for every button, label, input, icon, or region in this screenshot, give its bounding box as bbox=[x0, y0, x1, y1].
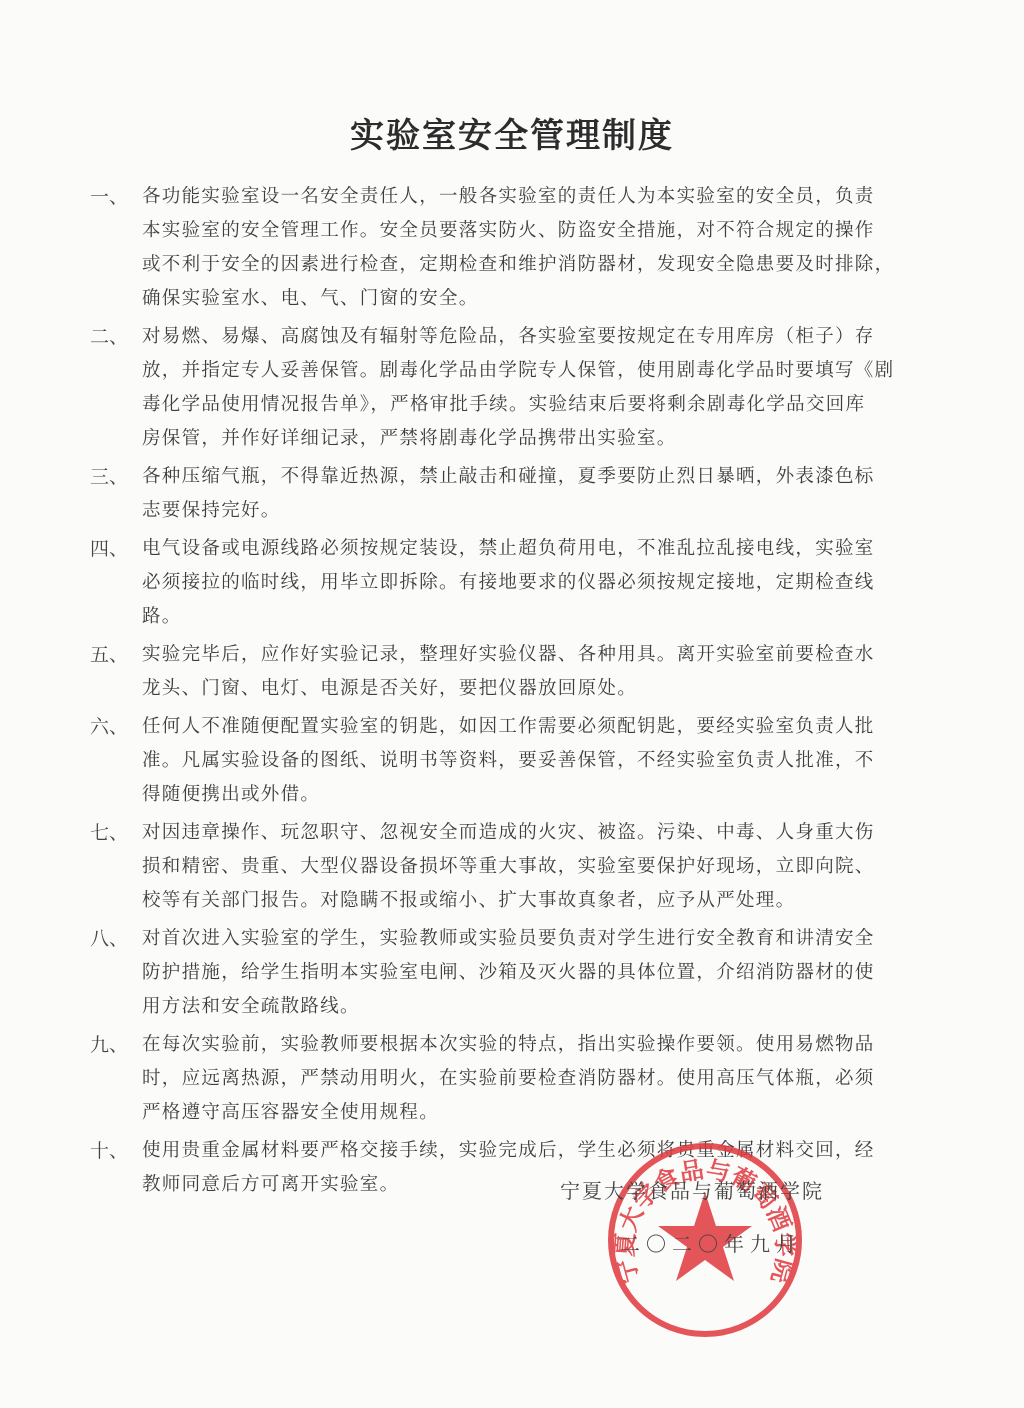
regulation-item-7: 七、 对因违章操作、玩忽职守、忽视安全而造成的火灾、被盗。污染、中毒、人身重大伤… bbox=[90, 816, 890, 918]
item-number: 四、 bbox=[90, 532, 128, 566]
item-line: 对易燃、易爆、高腐蚀及有辐射等危险品，各实验室要按规定在专用库房（柜子）存 bbox=[142, 320, 890, 354]
item-number: 八、 bbox=[90, 922, 128, 956]
regulation-list: 一、 各功能实验室设一名安全责任人，一般各实验室的责任人为本实验室的安全员，负责… bbox=[90, 180, 890, 1206]
item-number: 十、 bbox=[90, 1134, 128, 1168]
regulation-item-1: 一、 各功能实验室设一名安全责任人，一般各实验室的责任人为本实验室的安全员，负责… bbox=[90, 180, 890, 316]
issue-date: 二〇二〇年九月 bbox=[620, 1228, 802, 1257]
regulation-item-3: 三、 各种压缩气瓶，不得靠近热源，禁止敲击和碰撞，夏季要防止烈日暴晒，外表漆色标… bbox=[90, 460, 890, 528]
regulation-item-6: 六、 任何人不准随便配置实验室的钥匙，如因工作需要必须配钥匙，要经实验室负责人批… bbox=[90, 710, 890, 812]
item-line: 电气设备或电源线路必须按规定装设，禁止超负荷用电，不准乱拉乱接电线，实验室 bbox=[142, 532, 890, 566]
item-line: 各功能实验室设一名安全责任人，一般各实验室的责任人为本实验室的安全员，负责 bbox=[142, 180, 890, 214]
item-number: 三、 bbox=[90, 460, 128, 494]
item-line: 准。凡属实验设备的图纸、说明书等资料，要妥善保管，不经实验室负责人批准，不 bbox=[142, 744, 890, 778]
item-line: 对因违章操作、玩忽职守、忽视安全而造成的火灾、被盗。污染、中毒、人身重大伤 bbox=[142, 816, 890, 850]
item-line: 对首次进入实验室的学生，实验教师或实验员要负责对学生进行安全教育和讲清安全 bbox=[142, 922, 890, 956]
document-title: 实验室安全管理制度 bbox=[0, 108, 1024, 157]
item-line: 严格遵守高压容器安全使用规程。 bbox=[142, 1096, 890, 1130]
item-line: 实验完毕后，应作好实验记录，整理好实验仪器、各种用具。离开实验室前要检查水 bbox=[142, 638, 890, 672]
item-line: 各种压缩气瓶，不得靠近热源，禁止敲击和碰撞，夏季要防止烈日暴晒，外表漆色标 bbox=[142, 460, 890, 494]
item-number: 七、 bbox=[90, 816, 128, 850]
item-line: 房保管，并作好详细记录，严禁将剧毒化学品携带出实验室。 bbox=[142, 422, 890, 456]
item-line: 任何人不准随便配置实验室的钥匙，如因工作需要必须配钥匙，要经实验室负责人批 bbox=[142, 710, 890, 744]
item-line: 损和精密、贵重、大型仪器设备损坏等重大事故，实验室要保护好现场，立即向院、 bbox=[142, 850, 890, 884]
item-line: 毒化学品使用情况报告单》，严格审批手续。实验结束后要将剩余剧毒化学品交回库 bbox=[142, 388, 890, 422]
item-line: 确保实验室水、电、气、门窗的安全。 bbox=[142, 282, 890, 316]
item-line: 必须接拉的临时线，用毕立即拆除。有接地要求的仪器必须按规定接地，定期检查线 bbox=[142, 566, 890, 600]
item-line: 志要保持完好。 bbox=[142, 494, 890, 528]
item-line: 得随便携出或外借。 bbox=[142, 778, 890, 812]
regulation-item-8: 八、 对首次进入实验室的学生，实验教师或实验员要负责对学生进行安全教育和讲清安全… bbox=[90, 922, 890, 1024]
item-number: 六、 bbox=[90, 710, 128, 744]
item-number: 五、 bbox=[90, 638, 128, 672]
regulation-item-5: 五、 实验完毕后，应作好实验记录，整理好实验仪器、各种用具。离开实验室前要检查水… bbox=[90, 638, 890, 706]
regulation-item-9: 九、 在每次实验前，实验教师要根据本次实验的特点，指出实验操作要领。使用易燃物品… bbox=[90, 1028, 890, 1130]
item-number: 九、 bbox=[90, 1028, 128, 1062]
item-number: 二、 bbox=[90, 320, 128, 354]
item-line: 在每次实验前，实验教师要根据本次实验的特点，指出实验操作要领。使用易燃物品 bbox=[142, 1028, 890, 1062]
item-line: 防护措施，给学生指明本实验室电闸、沙箱及灭火器的具体位置，介绍消防器材的使 bbox=[142, 956, 890, 990]
item-line: 龙头、门窗、电灯、电源是否关好，要把仪器放回原处。 bbox=[142, 672, 890, 706]
item-line: 时，应远离热源，严禁动用明火，在实验前要检查消防器材。使用高压气体瓶，必须 bbox=[142, 1062, 890, 1096]
issuer-signature: 宁夏大学食品与葡萄酒学院 bbox=[560, 1175, 824, 1204]
item-number: 一、 bbox=[90, 180, 128, 214]
item-line: 或不利于安全的因素进行检查，定期检查和维护消防器材，发现安全隐患要及时排除， bbox=[142, 248, 890, 282]
regulation-item-4: 四、 电气设备或电源线路必须按规定装设，禁止超负荷用电，不准乱拉乱接电线，实验室… bbox=[90, 532, 890, 634]
item-line: 路。 bbox=[142, 600, 890, 634]
item-line: 本实验室的安全管理工作。安全员要落实防火、防盗安全措施，对不符合规定的操作 bbox=[142, 214, 890, 248]
item-line: 放，并指定专人妥善保管。剧毒化学品由学院专人保管，使用剧毒化学品时要填写《剧 bbox=[142, 354, 890, 388]
item-line: 用方法和安全疏散路线。 bbox=[142, 990, 890, 1024]
regulation-item-2: 二、 对易燃、易爆、高腐蚀及有辐射等危险品，各实验室要按规定在专用库房（柜子）存… bbox=[90, 320, 890, 456]
item-line: 校等有关部门报告。对隐瞒不报或缩小、扩大事故真象者，应予从严处理。 bbox=[142, 884, 890, 918]
